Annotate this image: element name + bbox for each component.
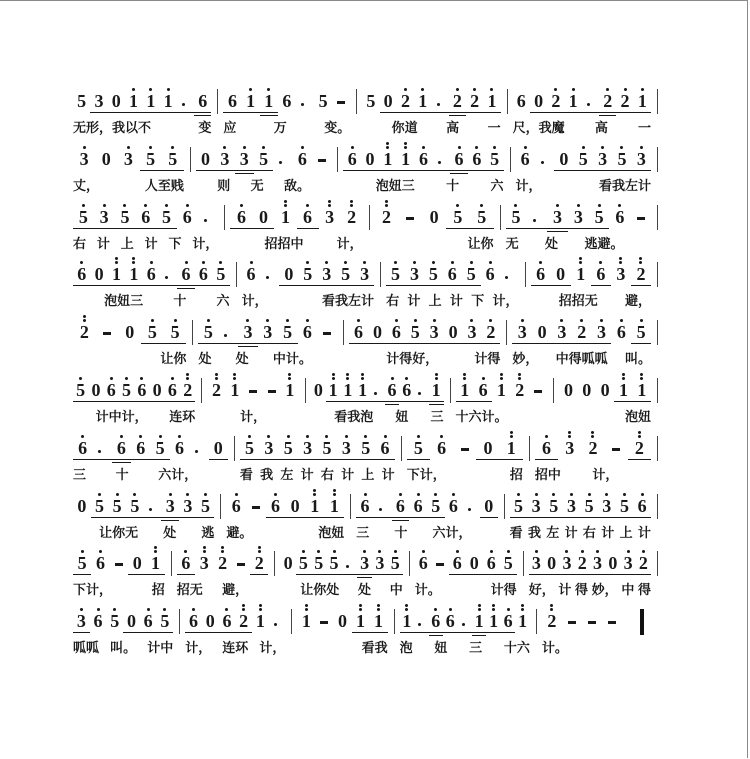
note-digit: 6 (165, 381, 180, 399)
note: 6 (177, 255, 194, 291)
note-digit: 6 (293, 150, 312, 168)
note-line: 605353 (242, 255, 374, 291)
note-digit: 6 (415, 150, 433, 168)
lyric-segment: 下计， (407, 465, 446, 487)
beam-line (126, 517, 144, 518)
note-digit: 1 (226, 381, 244, 399)
duration-dash (244, 371, 262, 407)
lyric-segment: 计中计， (96, 407, 148, 429)
note-digit: 0 (559, 381, 577, 399)
octave-dot-high (640, 319, 643, 322)
octave-dot-high (452, 493, 455, 496)
note: 1 (274, 198, 296, 234)
measure: 1011看我 (292, 602, 394, 660)
note: 6 (177, 198, 198, 234)
note-digit: 6 (134, 381, 149, 399)
note-line: 66065 (415, 544, 517, 580)
octave-dot-high (417, 435, 420, 438)
beam-line (278, 343, 298, 344)
lyric-segment: 计， (259, 638, 285, 660)
note-line: 6322 (177, 544, 269, 580)
note: 3 (337, 429, 356, 465)
octave-dot-high (385, 200, 388, 203)
note-digit: 3 (590, 554, 605, 572)
lyric-segment: 看我左计 (322, 291, 374, 313)
note-digit: 2 (511, 381, 529, 399)
lyric-segment: 无 (251, 176, 264, 198)
note-line: 6322 (535, 429, 651, 465)
beam-line (414, 401, 429, 402)
beam-line (317, 285, 336, 286)
dot-mark (541, 161, 544, 164)
note: 6 (104, 371, 119, 407)
note: 6 (170, 429, 189, 465)
lyric-segment (298, 407, 299, 429)
note: 6 (481, 255, 500, 291)
beam-line (385, 404, 400, 405)
beam-line (91, 517, 109, 518)
augmentation-dot (582, 82, 599, 118)
note: 3 (259, 429, 278, 465)
note-digit: 5 (506, 208, 527, 226)
measure: 6021221尺，我魔高一 (508, 82, 658, 140)
augmentation-dot (374, 487, 392, 523)
note-digit: 5 (157, 612, 174, 630)
measure: 3032365妙，中得呱呱叫。 (507, 313, 658, 371)
note-digit: 2 (572, 323, 592, 341)
note-digit: 0 (279, 265, 298, 283)
note-digit: 1 (614, 381, 632, 399)
note: 3 (590, 544, 605, 580)
note-digit: 3 (215, 150, 234, 168)
note-digit: 3 (559, 554, 574, 572)
note-digit: 6 (387, 323, 406, 341)
octave-dot-high (568, 431, 571, 434)
note-digit: 3 (512, 323, 532, 341)
note: 3 (559, 544, 574, 580)
note: 5 (119, 371, 134, 407)
note-digit: 6 (194, 92, 211, 110)
lyric-segment: 计 (341, 465, 354, 487)
barline (657, 89, 658, 114)
note-digit: 2 (636, 554, 651, 572)
note-digit: 6 (375, 439, 394, 457)
note-digit: 5 (612, 150, 631, 168)
lyric-segment: 泡妞 (625, 407, 651, 429)
beam-line (298, 459, 317, 460)
measure: 30323032好，计得妙，中得 (524, 544, 658, 602)
beam-line (370, 632, 388, 633)
note-digit: 5 (240, 439, 259, 457)
note: 2 (235, 602, 252, 638)
octave-dot-high (619, 257, 622, 260)
note-line: 2 (542, 602, 622, 638)
beam-line (355, 401, 370, 402)
lyric-segment (477, 465, 478, 487)
note-digit: 2 (631, 265, 651, 283)
measure: 2055让你 (68, 313, 193, 371)
note-digit: 0 (90, 265, 107, 283)
beam-line (140, 632, 157, 633)
beam-line (123, 632, 140, 633)
beam-line (565, 112, 582, 113)
dot-mark (438, 161, 441, 164)
beam-line (209, 459, 228, 460)
octave-dot-high (103, 204, 106, 207)
note-digit: 6 (415, 554, 432, 572)
beam-line (108, 112, 125, 113)
beam-line (407, 459, 430, 460)
beam-line (483, 112, 500, 113)
beam-line (427, 517, 445, 518)
note-digit: 5 (386, 265, 405, 283)
lyric-segment (196, 176, 197, 198)
measure: 53535356看我左计右计上计 (505, 487, 658, 545)
beam-line (143, 285, 160, 286)
lyric-segment: 六 (217, 291, 230, 313)
beam-line (90, 112, 107, 113)
note: 3 (593, 140, 612, 176)
note-line: 5601 (73, 544, 165, 580)
lyric-segment: 处 (163, 523, 176, 545)
dash-mark (249, 390, 257, 393)
beam-line (73, 401, 88, 402)
lyric-line: 应万变。 (223, 118, 350, 140)
note-digit: 5 (616, 497, 634, 515)
octave-dot-high (480, 204, 483, 207)
duration-dash (453, 429, 476, 465)
note: 2 (375, 198, 399, 234)
note: 1 (414, 82, 431, 118)
measure: 2计。 (537, 602, 644, 660)
beam-line (547, 231, 568, 232)
beam-line (135, 228, 156, 229)
note-digit: 2 (341, 208, 363, 226)
beam-line (149, 401, 164, 402)
octave-dot-high (404, 146, 407, 149)
lyric-line: 让你 (375, 234, 494, 256)
note: 6 (73, 429, 92, 465)
octave-dot-high (332, 377, 335, 380)
lyric-segment: 看 (510, 523, 523, 545)
note: 2 (341, 198, 363, 234)
note-line: 605353 (516, 140, 652, 176)
beam-line (104, 401, 119, 402)
note-digit: 6 (392, 497, 410, 515)
octave-dot-high (521, 319, 524, 322)
beam-line (563, 517, 581, 518)
lyric-segment: 看 (240, 465, 253, 487)
beam-line (254, 170, 273, 171)
note: 5 (580, 487, 598, 523)
note: 1 (486, 602, 500, 638)
lyric-segment: 上 (361, 465, 374, 487)
beam-line (141, 343, 164, 344)
octave-dot-high (351, 146, 354, 149)
note-digit: 6 (278, 92, 296, 110)
octave-dot-high (120, 435, 123, 438)
note-digit: 3 (259, 439, 278, 457)
beam-line (374, 517, 392, 518)
note-digit: 6 (226, 497, 246, 515)
note-digit: 5 (115, 208, 136, 226)
note: 2 (599, 82, 616, 118)
augmentation-dot (218, 313, 238, 349)
beam-line (177, 285, 194, 286)
octave-dot-high (262, 146, 265, 149)
note: 3 (319, 198, 341, 234)
note: 1 (142, 82, 159, 118)
rest: 0 (333, 602, 351, 638)
lyric-segment (546, 407, 547, 429)
note-digit: 3 (90, 92, 107, 110)
octave-dot-high (399, 493, 402, 496)
note: 6 (445, 487, 463, 523)
measure: 5301116无形，我以不变 (68, 82, 218, 140)
note: 5 (73, 544, 91, 580)
octave-dot-high (422, 146, 425, 149)
note-digit: 1 (414, 92, 431, 110)
note-digit: 1 (456, 381, 474, 399)
lyric-line: 右计上计下计， (386, 291, 518, 313)
note: 5 (427, 487, 445, 523)
note: 2 (73, 313, 96, 349)
lyric-segment (336, 349, 337, 371)
note-digit: 5 (545, 497, 563, 515)
note-digit: 2 (180, 381, 195, 399)
octave-dot-high (638, 431, 641, 434)
note-digit: 2 (375, 208, 399, 226)
beam-line (399, 401, 414, 402)
lyric-segment: 变 (198, 118, 211, 140)
beam-line (131, 459, 150, 460)
beam-line (582, 112, 599, 113)
dash-mark (337, 101, 345, 104)
beam-line (431, 112, 448, 113)
dot-mark (182, 103, 185, 106)
note-digit: 5 (298, 265, 317, 283)
note-digit: 1 (159, 92, 176, 110)
lyric-line: 处处中计。 (198, 349, 337, 371)
note: 1 (108, 255, 125, 291)
note: 3 (90, 82, 107, 118)
note-digit: 5 (311, 554, 326, 572)
lyric-segment: 计， (240, 407, 266, 429)
lyric-segment: 无 (506, 234, 519, 256)
note-digit: 6 (170, 439, 189, 457)
lyric-segment: 招中 (535, 465, 561, 487)
beam-line (575, 574, 590, 575)
measure: 2055让你 (370, 198, 501, 256)
note-digit: 6 (516, 150, 535, 168)
beam-line (535, 459, 558, 460)
beam-line (285, 517, 305, 518)
note: 5 (500, 544, 517, 580)
note: 1 (614, 371, 632, 407)
note: 5 (388, 544, 403, 580)
lyric-segment: 计得 (491, 580, 517, 602)
lyric-segment: 泡妞三 (104, 291, 143, 313)
note: 5 (106, 602, 123, 638)
note: 5 (296, 544, 311, 580)
beam-line (633, 401, 651, 402)
beam-line (259, 459, 278, 460)
rest: 0 (196, 140, 215, 176)
note: 6 (194, 82, 211, 118)
beam-line (456, 401, 474, 402)
note: 6 (633, 487, 651, 523)
beam-line (474, 401, 492, 402)
note-digit: 6 (611, 323, 631, 341)
beam-line (357, 574, 372, 575)
octave-dot-high (284, 200, 287, 203)
note-digit: 2 (542, 612, 562, 630)
beam-line (115, 228, 136, 229)
note: 5 (73, 371, 88, 407)
lyric-line: 则无敌。 (196, 176, 332, 198)
note-digit: 3 (552, 323, 572, 341)
beam-line (462, 285, 481, 286)
note-digit: 1 (242, 92, 260, 110)
note-digit: 6 (297, 208, 319, 226)
octave-dot-high (458, 146, 461, 149)
lyric-segment: 右 (73, 234, 86, 256)
octave-dot-high (386, 142, 389, 145)
lyric-segment: 中得呱呱 (556, 349, 608, 371)
beam-line (242, 112, 260, 113)
lyric-segment (497, 523, 498, 545)
octave-dot-high (545, 435, 548, 438)
note: 1 (400, 602, 414, 638)
octave-dot-high (518, 373, 521, 376)
octave-dot-high (433, 319, 436, 322)
note: 3 (527, 487, 545, 523)
note-digit: 6 (73, 265, 90, 283)
beam-line (340, 401, 355, 402)
note: 2 (481, 313, 500, 349)
note: 6 (195, 255, 212, 291)
beam-line (506, 228, 527, 229)
beam-line (463, 343, 482, 344)
dash-mark (115, 563, 123, 566)
lyric-segment: 则 (217, 176, 230, 198)
note: 5 (115, 198, 136, 234)
note-digit: 0 (202, 612, 219, 630)
note: 1 (472, 602, 486, 638)
beam-line (450, 170, 468, 171)
beam-line (449, 112, 466, 113)
beam-line (298, 285, 317, 286)
note: 5 (279, 429, 298, 465)
note: 6 (385, 371, 400, 407)
beam-line (544, 574, 559, 575)
note-digit: 2 (616, 92, 633, 110)
duration-dash (315, 602, 333, 638)
duration-dash (582, 602, 602, 638)
augmentation-dot (144, 487, 162, 523)
lyric-line: 下计，招 (407, 465, 523, 487)
octave-dot-high (259, 604, 262, 607)
beam-line (574, 170, 593, 171)
beam-line (559, 574, 574, 575)
octave-dot-high (215, 373, 218, 376)
octave-dot-high (552, 493, 555, 496)
note-digit: 5 (73, 208, 94, 226)
note: 3 (372, 544, 387, 580)
beam-line (397, 170, 415, 171)
beam-line (215, 170, 234, 171)
measure: 5021221你道高一 (357, 82, 507, 140)
lyric-segment: 避， (222, 580, 248, 602)
beam-line (108, 285, 125, 286)
note-digit: 0 (578, 381, 596, 399)
note-digit: 5 (296, 554, 311, 572)
beam-line (337, 459, 356, 460)
note-digit: 6 (131, 439, 150, 457)
note-digit: 0 (422, 208, 446, 226)
note: 5 (311, 544, 326, 580)
note: 3 (215, 140, 234, 176)
note-digit: 3 (161, 497, 179, 515)
lyric-segment: 三 (73, 465, 86, 487)
beam-line (392, 517, 410, 518)
octave-dot-high (242, 604, 245, 607)
note-digit: 6 (135, 208, 156, 226)
lyric-line: 计，看我左计 (516, 176, 652, 198)
note-digit: 5 (631, 323, 651, 341)
beam-line (457, 632, 471, 633)
note-digit: 6 (143, 265, 160, 283)
note-digit: 3 (529, 554, 544, 572)
lyric-line: 泡妞三十六 (73, 291, 230, 313)
lyric-line: 你道高一 (362, 118, 500, 140)
octave-dot-high (493, 146, 496, 149)
measure: 60116665泡妞三十六 (338, 140, 510, 198)
beam-line (342, 574, 357, 575)
note-line: 53535356 (240, 429, 395, 465)
note: 1 (125, 255, 142, 291)
note: 3 (355, 255, 374, 291)
beam-line (392, 520, 410, 521)
note-line: 0111661 (311, 371, 444, 407)
note: 6 (165, 371, 180, 407)
lyric-line: 招招中计， (230, 234, 362, 256)
lyric-segment (297, 638, 298, 660)
note-digit: 5 (580, 497, 598, 515)
rest: 0 (279, 255, 298, 291)
beam-line (591, 285, 611, 286)
note: 6 (609, 198, 630, 234)
octave-dot-high (169, 493, 172, 496)
note: 3 (558, 429, 581, 465)
octave-dot-high (328, 200, 331, 203)
note-digit: 6 (91, 554, 109, 572)
beam-line (144, 517, 162, 518)
beam-line (196, 170, 215, 171)
barline (657, 551, 658, 576)
note: 6 (474, 371, 492, 407)
note-digit: 3 (319, 208, 341, 226)
note-digit: 5 (73, 92, 90, 110)
octave-dot-high (641, 88, 644, 91)
augmentation-dot (462, 487, 480, 523)
rest: 0 (530, 82, 547, 118)
dash-mark (637, 217, 645, 220)
duration-dash (110, 544, 128, 580)
measure: 666560三十六计， (68, 429, 235, 487)
beam-line (443, 632, 457, 633)
dot-mark (149, 508, 152, 511)
